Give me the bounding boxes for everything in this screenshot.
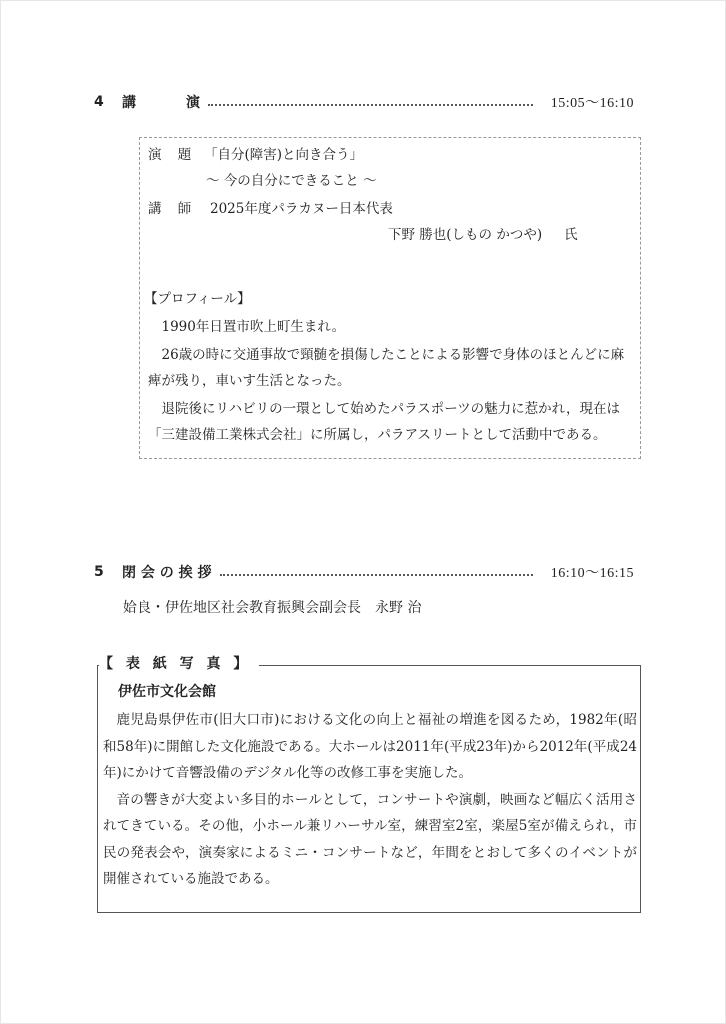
lecture-speaker-line: 講 師2025年度パラカヌー日本代表 <box>148 196 393 222</box>
speaker-name-line: 下野 勝也(しもの かつや)氏 <box>388 222 578 248</box>
lecture-topic: 「自分(障害)と向き合う」 <box>204 147 363 163</box>
dotted-leader <box>220 574 533 576</box>
speaker-label: 講 師 <box>148 196 204 222</box>
cover-paragraph: 音の響きが大変よい多目的ホールとして，コンサートや演劇，映画など幅広く活用されて… <box>103 787 637 893</box>
cover-photo-legend: 【 表 紙 写 真 】 <box>99 653 259 675</box>
cover-photo-description: 鹿児島県伊佐市(旧大口市)における文化の向上と福祉の増進を図るため，1982年(… <box>103 707 637 893</box>
closing-speaker: 姶良・伊佐地区社会教育振興会副会長 永野 治 <box>123 597 421 617</box>
cover-paragraph: 鹿児島県伊佐市(旧大口市)における文化の向上と福祉の増進を図るため，1982年(… <box>103 707 637 787</box>
section-time: 16:10～16:15 <box>551 562 634 582</box>
lecture-topic-line: 演 題「自分(障害)と向き合う」 <box>148 142 363 168</box>
profile-paragraph: 1990年日置市吹上町生まれ。 <box>148 314 636 340</box>
section-title: 講演 <box>122 92 200 112</box>
lecture-subtitle: ～ 今の自分にできること ～ <box>206 168 377 194</box>
section-title: 閉 会 の 挨 拶 <box>122 562 212 582</box>
lecture-info-box: 演 題「自分(障害)と向き合う」 ～ 今の自分にできること ～ 講 師2025年… <box>139 137 641 459</box>
cover-photo-title: 伊佐市文化会館 <box>118 681 216 703</box>
section-title-part: 講 <box>122 92 186 112</box>
document-page: 4 講演 15:05～16:10 演 題「自分(障害)と向き合う」 ～ 今の自分… <box>0 0 726 1024</box>
speaker-affiliation: 2025年度パラカヌー日本代表 <box>210 201 393 217</box>
section-number: 5 <box>94 564 122 580</box>
speaker-name: 下野 勝也(しもの かつや) <box>388 227 542 243</box>
section-title-part: 演 <box>186 95 200 111</box>
profile-paragraph: 26歳の時に交通事故で頸髄を損傷したことによる影響で身体のほとんどに麻痺が残り，… <box>148 342 636 394</box>
speaker-honorific: 氏 <box>564 227 578 243</box>
dotted-leader <box>208 104 533 106</box>
section-heading-lecture: 4 講演 15:05～16:10 <box>94 90 634 114</box>
profile-header: 【プロフィール】 <box>144 286 251 312</box>
profile-paragraph: 退院後にリハビリの一環として始めたパラスポーツの魅力に惹かれ，現在は「三建設備工… <box>148 396 636 448</box>
section-time: 15:05～16:10 <box>551 92 634 112</box>
section-number: 4 <box>94 94 122 110</box>
section-heading-closing: 5 閉 会 の 挨 拶 16:10～16:15 <box>94 560 634 584</box>
topic-label: 演 題 <box>148 142 204 168</box>
